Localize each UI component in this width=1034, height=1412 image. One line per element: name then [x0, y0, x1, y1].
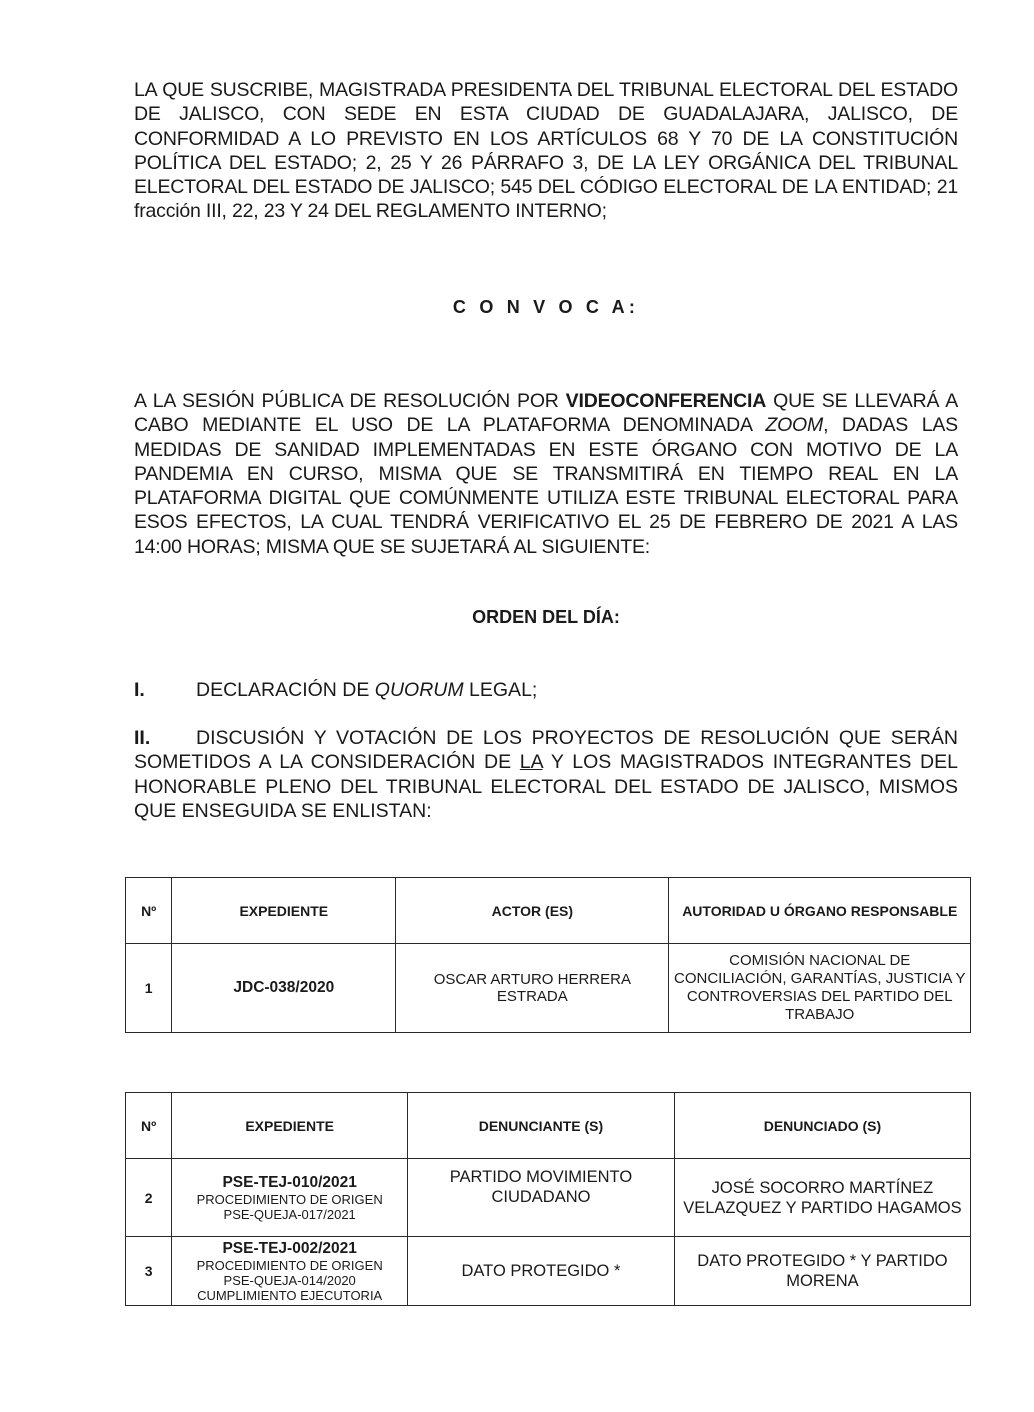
row-expediente: PSE-TEJ-002/2021 PROCEDIMIENTO DE ORIGEN… — [172, 1237, 408, 1306]
row-denunciado: JOSÉ SOCORRO MARTÍNEZ VELAZQUEZ Y PARTID… — [674, 1159, 970, 1237]
row-expediente: PSE-TEJ-010/2021 PROCEDIMIENTO DE ORIGEN… — [172, 1159, 408, 1237]
table-header-row: Nº EXPEDIENTE DENUNCIANTE (S) DENUNCIADO… — [126, 1093, 971, 1159]
expediente-detail: PSE-QUEJA-014/2020 — [176, 1273, 403, 1288]
row-denunciado: DATO PROTEGIDO * Y PARTIDO MORENA — [674, 1237, 970, 1306]
row-denunciante: DATO PROTEGIDO * — [408, 1237, 675, 1306]
intro-paragraph: LA QUE SUSCRIBE, MAGISTRADA PRESIDENTA D… — [134, 78, 958, 224]
table-row: 1 JDC-038/2020 OSCAR ARTURO HERRERA ESTR… — [126, 944, 971, 1033]
session-text-1: A LA SESIÓN PÚBLICA DE RESOLUCIÓN POR — [134, 390, 566, 412]
expediente-id: PSE-TEJ-010/2021 — [176, 1174, 403, 1192]
header-denunciado: DENUNCIADO (S) — [674, 1093, 970, 1159]
row-denunciante: PARTIDO MOVIMIENTO CIUDADANO — [408, 1159, 675, 1237]
agenda-item-text-end: LEGAL; — [464, 679, 538, 701]
row-autoridad: COMISIÓN NACIONAL DE CONCILIACIÓN, GARAN… — [669, 944, 971, 1033]
table-row: 3 PSE-TEJ-002/2021 PROCEDIMIENTO DE ORIG… — [126, 1237, 971, 1306]
header-number: Nº — [126, 878, 172, 944]
row-expediente: JDC-038/2020 — [172, 944, 396, 1033]
header-actor: ACTOR (ES) — [396, 878, 669, 944]
session-paragraph: A LA SESIÓN PÚBLICA DE RESOLUCIÓN POR VI… — [134, 389, 958, 559]
header-denunciante: DENUNCIANTE (S) — [408, 1093, 675, 1159]
row-number: 3 — [126, 1237, 172, 1306]
jdc-cases-table: Nº EXPEDIENTE ACTOR (ES) AUTORIDAD U ÓRG… — [125, 877, 971, 1033]
orden-del-dia-heading: ORDEN DEL DÍA: — [0, 607, 1034, 628]
agenda-item-1: I.DECLARACIÓN DE QUORUM LEGAL; — [134, 678, 958, 702]
header-expediente: EXPEDIENTE — [172, 1093, 408, 1159]
expediente-detail: PSE-QUEJA-017/2021 — [176, 1207, 403, 1222]
row-number: 1 — [126, 944, 172, 1033]
session-zoom: ZOOM — [765, 414, 823, 436]
document-page: LA QUE SUSCRIBE, MAGISTRADA PRESIDENTA D… — [0, 0, 1034, 1412]
expediente-detail: PROCEDIMIENTO DE ORIGEN — [176, 1258, 403, 1273]
agenda-item-text: DECLARACIÓN DE — [196, 679, 375, 701]
agenda-item-number: II. — [134, 726, 196, 750]
table-header-row: Nº EXPEDIENTE ACTOR (ES) AUTORIDAD U ÓRG… — [126, 878, 971, 944]
agenda-item-2: II.DISCUSIÓN Y VOTACIÓN DE LOS PROYECTOS… — [134, 726, 958, 823]
session-videoconferencia: VIDEOCONFERENCIA — [566, 390, 766, 412]
expediente-id: PSE-TEJ-002/2021 — [176, 1240, 403, 1258]
agenda-item-number: I. — [134, 678, 196, 702]
convoca-heading: C O N V O C A: — [0, 297, 1034, 318]
header-autoridad: AUTORIDAD U ÓRGANO RESPONSABLE — [669, 878, 971, 944]
agenda-item-quorum: QUORUM — [375, 679, 464, 701]
row-number: 2 — [126, 1159, 172, 1237]
pse-cases-table: Nº EXPEDIENTE DENUNCIANTE (S) DENUNCIADO… — [125, 1092, 971, 1306]
expediente-detail: CUMPLIMIENTO EJECUTORIA — [176, 1288, 403, 1303]
table-row: 2 PSE-TEJ-010/2021 PROCEDIMIENTO DE ORIG… — [126, 1159, 971, 1237]
header-expediente: EXPEDIENTE — [172, 878, 396, 944]
expediente-detail: PROCEDIMIENTO DE ORIGEN — [176, 1192, 403, 1207]
header-number: Nº — [126, 1093, 172, 1159]
row-actor: OSCAR ARTURO HERRERA ESTRADA — [396, 944, 669, 1033]
agenda-item-underlined-la: LA — [520, 751, 543, 773]
